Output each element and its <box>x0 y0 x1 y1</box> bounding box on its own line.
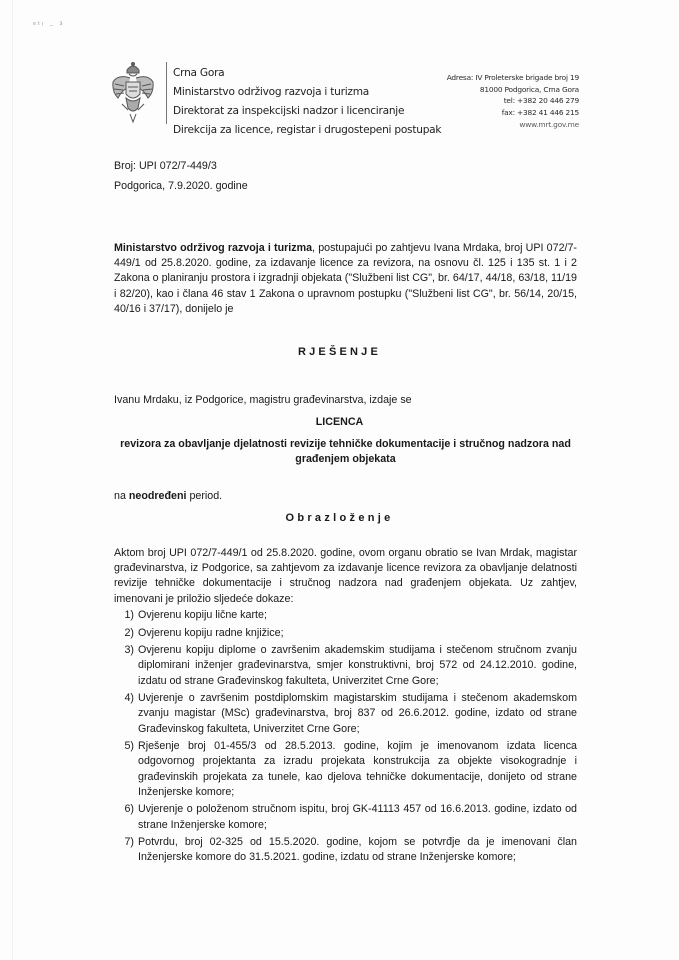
list-item: 1)Ovjerenu kopiju lične karte; <box>114 608 577 623</box>
list-text: Uvjerenje o položenom stručnom ispitu, b… <box>138 803 577 830</box>
list-item: 5)Rješenje broj 01-455/3 od 28.5.2013. g… <box>114 739 577 800</box>
issued-to: Ivanu Mrdaku, iz Podgorice, magistru gra… <box>114 394 412 406</box>
licence-subtitle: revizora za obavljanje djelatnosti reviz… <box>112 437 579 467</box>
evidence-list: 1)Ovjerenu kopiju lične karte; 2)Ovjeren… <box>114 608 577 868</box>
period-bold: neodređeni <box>129 490 187 502</box>
list-text: Ovjerenu kopiju radne knjižice; <box>138 627 284 639</box>
document-number: Broj: UPI 072/7-449/3 <box>114 157 248 177</box>
licence-period: na neodređeni period. <box>114 490 222 502</box>
licence-title: LICENCA <box>0 416 679 428</box>
reasoning-intro: Aktom broj UPI 072/7-449/1 od 25.8.2020.… <box>114 546 577 607</box>
coat-of-arms-icon <box>110 60 156 124</box>
intro-bold-lead: Ministarstvo održivog razvoja i turizma <box>114 242 312 254</box>
list-text: Ovjerenu kopiju diplome o završenim akad… <box>138 644 577 686</box>
list-item: 4)Uvjerenje o završenim postdiplomskim m… <box>114 691 577 737</box>
list-number: 2) <box>114 626 134 641</box>
list-number: 1) <box>114 608 134 623</box>
list-item: 6)Uvjerenje o položenom stručnom ispitu,… <box>114 802 577 832</box>
intro-paragraph: Ministarstvo održivog razvoja i turizma,… <box>114 241 577 317</box>
institution-header: Crna Gora Ministarstvo održivog razvoja … <box>173 64 441 140</box>
org-department: Direkcija za licence, registar i drugost… <box>173 121 441 140</box>
document-page: ᵉᵗᵎ ₋ ³ Crna Gora Ministarstvo održivog <box>0 0 679 960</box>
scan-edge <box>12 0 13 960</box>
list-item: 3)Ovjerenu kopiju diplome o završenim ak… <box>114 643 577 689</box>
address-fax: fax: +382 41 446 215 <box>447 107 579 119</box>
reasoning-title: Obrazloženje <box>0 512 679 524</box>
org-directorate: Direktorat za inspekcijski nadzor i lice… <box>173 102 441 121</box>
address-line: Adresa: IV Proleterske brigade broj 19 <box>447 72 579 84</box>
address-block: Adresa: IV Proleterske brigade broj 19 8… <box>447 72 579 131</box>
list-number: 3) <box>114 643 134 658</box>
list-text: Uvjerenje o završenim postdiplomskim mag… <box>138 692 577 734</box>
list-number: 7) <box>114 835 134 850</box>
list-number: 6) <box>114 802 134 817</box>
header-divider <box>166 62 167 124</box>
decision-title: RJEŠENJE <box>0 346 679 358</box>
period-suffix: period. <box>186 490 222 502</box>
document-place-date: Podgorica, 7.9.2020. godine <box>114 177 248 197</box>
handwritten-scan-mark: ᵉᵗᵎ ₋ ³ <box>33 20 64 29</box>
address-website: www.mrt.gov.me <box>447 119 579 131</box>
list-number: 5) <box>114 739 134 754</box>
list-item: 2)Ovjerenu kopiju radne knjižice; <box>114 626 577 641</box>
document-meta: Broj: UPI 072/7-449/3 Podgorica, 7.9.202… <box>114 157 248 196</box>
org-country: Crna Gora <box>173 64 441 83</box>
list-text: Ovjerenu kopiju lične karte; <box>138 609 267 621</box>
list-item: 7)Potvrdu, broj 02-325 od 15.5.2020. god… <box>114 835 577 865</box>
period-prefix: na <box>114 490 129 502</box>
list-text: Potvrdu, broj 02-325 od 15.5.2020. godin… <box>138 836 577 863</box>
address-city: 81000 Podgorica, Crna Gora <box>447 84 579 96</box>
list-number: 4) <box>114 691 134 706</box>
list-text: Rješenje broj 01-455/3 od 28.5.2013. god… <box>138 740 577 798</box>
address-tel: tel: +382 20 446 279 <box>447 95 579 107</box>
org-ministry: Ministarstvo održivog razvoja i turizma <box>173 83 441 102</box>
